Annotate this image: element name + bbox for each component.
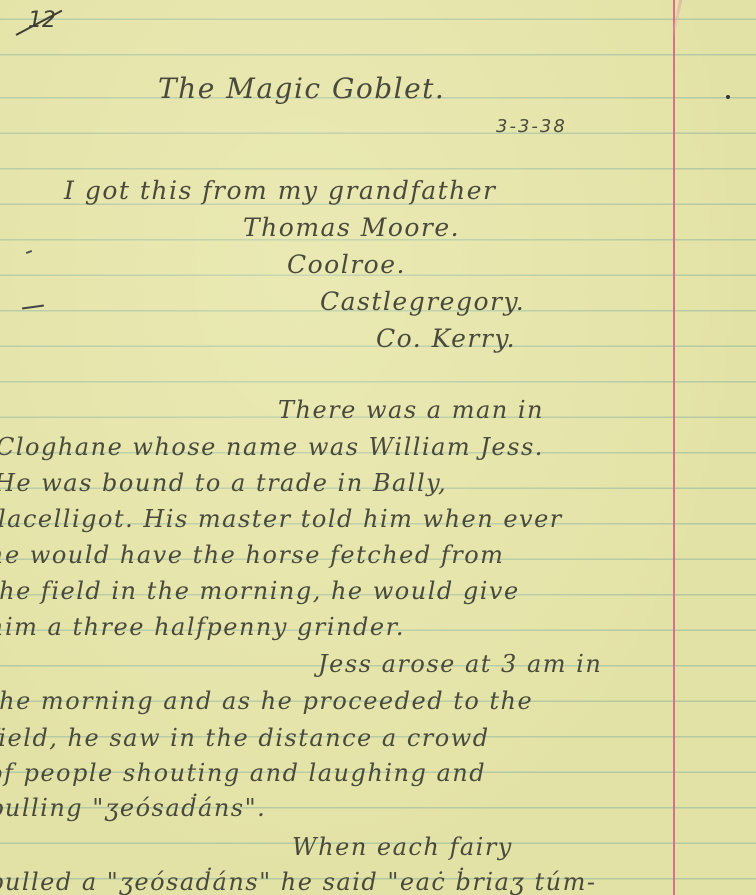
source-line-4: Castlegregory. (320, 287, 525, 316)
ink-dot (726, 95, 730, 99)
body-line: There was a man in (278, 396, 544, 424)
body-line: He was bound to a trade in Bally, (0, 469, 447, 497)
body-line: him a three halfpenny grinder. (0, 613, 405, 641)
body-line: field, he saw in the distance a crowd (0, 724, 490, 752)
ink-mark (22, 304, 44, 309)
ink-mark (26, 250, 32, 254)
source-line-1: I got this from my grandfather (64, 176, 497, 205)
body-line: Jess arose at 3 am in (318, 650, 602, 678)
source-line-3: Coolroe. (287, 250, 406, 279)
body-line: When each fairy (292, 833, 513, 861)
body-line: pulling "ʒeósaḋáns". (0, 794, 266, 822)
document-title: The Magic Goblet. (158, 72, 445, 105)
body-line: of people shouting and laughing and (0, 759, 486, 787)
notebook-page: 12 The Magic Goblet. 3-3-38 I got this f… (0, 0, 756, 895)
body-line: pulled a "ʒeósaḋáns" he said "eaċ ḃriaʒ … (0, 868, 596, 895)
margin-line (673, 0, 675, 895)
source-line-5: Co. Kerry. (376, 324, 516, 353)
body-line: the morning and as he proceeded to the (0, 687, 533, 715)
body-line: the field in the morning, he would give (0, 577, 520, 605)
body-line: he would have the horse fetched from (0, 541, 504, 569)
source-line-2: Thomas Moore. (243, 213, 460, 242)
document-date: 3-3-38 (496, 116, 567, 137)
body-line: Cloghane whose name was William Jess. (0, 433, 544, 461)
body-line: lacelligot. His master told him when eve… (0, 505, 563, 533)
